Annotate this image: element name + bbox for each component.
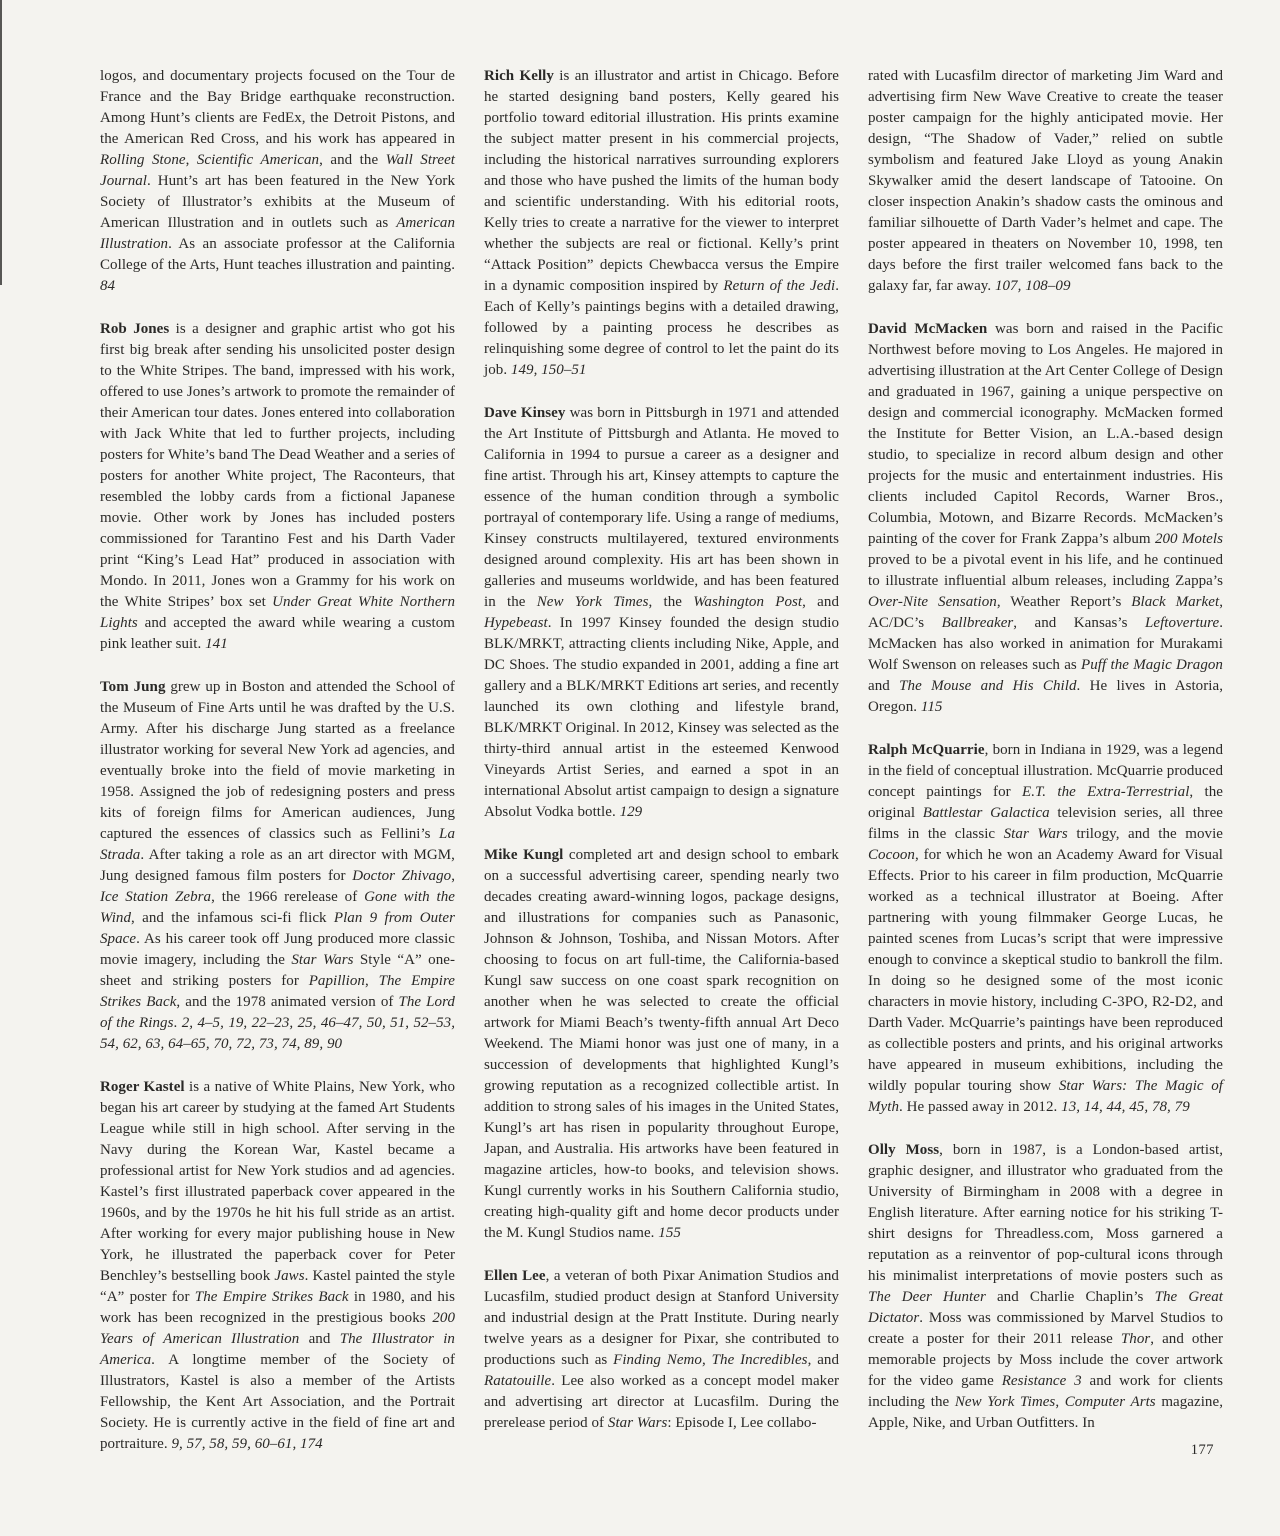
italic-text: Ice Station Zebra — [100, 889, 211, 905]
column-right: rated with Lucasfilm director of marketi… — [868, 66, 1223, 1455]
body-text: , and — [802, 594, 839, 610]
body-text: logos, and documentary projects focused … — [100, 68, 455, 147]
artist-name: Rob Jones — [100, 321, 169, 337]
italic-text: Return of the Jedi — [723, 278, 835, 294]
italic-text: Star Wars — [608, 1415, 668, 1431]
italic-text: Rolling Stone — [100, 152, 186, 168]
italic-text: 200 Motels — [1155, 531, 1223, 547]
body-text: and — [299, 1331, 339, 1347]
body-text: and Charlie Chaplin’s — [986, 1289, 1155, 1305]
bio-entry: logos, and documentary projects focused … — [100, 66, 455, 297]
artist-name: Tom Jung — [100, 679, 166, 695]
book-page: logos, and documentary projects focused … — [0, 0, 1280, 1536]
page-number: 177 — [1191, 1442, 1214, 1459]
italic-text: Ballbreaker — [942, 615, 1014, 631]
body-text: . — [173, 1015, 181, 1031]
body-text: is a designer and graphic artist who got… — [100, 321, 455, 610]
italic-text: Over-Nite Sensation — [868, 594, 997, 610]
body-text: : Episode I, Lee collabo- — [667, 1415, 816, 1431]
body-text: was born and raised in the Pacific North… — [868, 321, 1223, 547]
bio-entry: Olly Moss, born in 1987, is a London-bas… — [868, 1140, 1223, 1434]
body-text: grew up in Boston and attended the Schoo… — [100, 679, 455, 842]
body-text: , and the 1978 animated version of — [176, 994, 398, 1010]
italic-text: Battlestar Galactica — [923, 805, 1050, 821]
body-text: . In 1997 Kinsey founded the design stud… — [484, 615, 839, 820]
bio-entry: Rich Kelly is an illustrator and artist … — [484, 66, 839, 381]
column-middle: Rich Kelly is an illustrator and artist … — [484, 66, 839, 1455]
body-text: , Weather Report’s — [997, 594, 1131, 610]
italic-text: Papillion — [309, 973, 365, 989]
italic-text: Leftoverture — [1145, 615, 1219, 631]
italic-text: The Incredibles — [712, 1352, 808, 1368]
italic-text: 115 — [921, 699, 943, 715]
italic-text: New York Times — [955, 1394, 1055, 1410]
italic-text: E.T. the Extra-Terrestrial — [1022, 784, 1189, 800]
bio-entry: Tom Jung grew up in Boston and attended … — [100, 677, 455, 1055]
body-text: . He passed away in 2012. — [899, 1099, 1061, 1115]
artist-name: Olly Moss — [868, 1142, 939, 1158]
body-text: and — [868, 678, 899, 694]
body-text: , for which he won an Academy Award for … — [868, 847, 1223, 1094]
italic-text: Resistance 3 — [1002, 1373, 1082, 1389]
body-text: , the — [648, 594, 693, 610]
bio-entry: Ellen Lee, a veteran of both Pixar Anima… — [484, 1266, 839, 1434]
body-text: , — [702, 1352, 712, 1368]
italic-text: 149, 150–51 — [511, 362, 587, 378]
italic-text: The Mouse and His Child — [899, 678, 1076, 694]
column-left: logos, and documentary projects focused … — [100, 66, 455, 1455]
artist-name: Dave Kinsey — [484, 405, 565, 421]
body-text: , and — [808, 1352, 839, 1368]
body-text: completed art and design school to embar… — [484, 847, 839, 1241]
bio-entry: Roger Kastel is a native of White Plains… — [100, 1077, 455, 1455]
bio-entry: Dave Kinsey was born in Pittsburgh in 19… — [484, 403, 839, 823]
body-text: , the 1966 rerelease of — [211, 889, 364, 905]
bio-entry: Ralph McQuarrie, born in Indiana in 1929… — [868, 740, 1223, 1118]
italic-text: Star Wars — [291, 952, 353, 968]
italic-text: The Deer Hunter — [868, 1289, 986, 1305]
artist-name: David McMacken — [868, 321, 987, 337]
artist-name: Mike Kungl — [484, 847, 563, 863]
italic-text: 107, 108–09 — [995, 278, 1071, 294]
artist-name: Roger Kastel — [100, 1079, 185, 1095]
italic-text: 141 — [205, 636, 228, 652]
body-text: , born in 1987, is a London-based artist… — [868, 1142, 1223, 1284]
body-text: was born in Pittsburgh in 1971 and atten… — [484, 405, 839, 610]
bio-entry: rated with Lucasfilm director of marketi… — [868, 66, 1223, 297]
bio-entry: Mike Kungl completed art and design scho… — [484, 845, 839, 1244]
italic-text: Puff the Magic Dragon — [1081, 657, 1223, 673]
italic-text: Washington Post — [693, 594, 802, 610]
italic-text: The Empire Strikes Back — [195, 1289, 349, 1305]
italic-text: Jaws — [274, 1268, 304, 1284]
artist-name: Ellen Lee — [484, 1268, 546, 1284]
artist-name: Rich Kelly — [484, 68, 554, 84]
text-columns: logos, and documentary projects focused … — [100, 66, 1222, 1455]
italic-text: 84 — [100, 278, 115, 294]
body-text: , — [365, 973, 379, 989]
body-text: , — [186, 152, 197, 168]
italic-text: Scientific American — [197, 152, 319, 168]
body-text: trilogy, and the movie — [1068, 826, 1223, 842]
italic-text: Computer Arts — [1065, 1394, 1156, 1410]
body-text: , and the infamous sci-fi flick — [131, 910, 334, 926]
italic-text: 13, 14, 44, 45, 78, 79 — [1061, 1099, 1190, 1115]
italic-text: Doctor Zhivago — [352, 868, 451, 884]
body-text: is a native of White Plains, New York, w… — [100, 1079, 455, 1284]
italic-text: 129 — [620, 804, 643, 820]
body-text: , — [451, 868, 455, 884]
italic-text: Cocoon — [868, 847, 915, 863]
body-text: rated with Lucasfilm director of marketi… — [868, 68, 1223, 294]
scan-edge-artifact — [0, 0, 2, 285]
body-text: , and Kansas’s — [1013, 615, 1145, 631]
italic-text: Ratatouille — [484, 1373, 551, 1389]
italic-text: Black Market — [1131, 594, 1219, 610]
bio-entry: David McMacken was born and raised in th… — [868, 319, 1223, 718]
body-text: , and the — [319, 152, 386, 168]
italic-text: Star Wars — [1004, 826, 1068, 842]
italic-text: Hypebeast — [484, 615, 548, 631]
body-text: is an illustrator and artist in Chicago.… — [484, 68, 839, 294]
italic-text: Thor — [1121, 1331, 1150, 1347]
italic-text: 9, 57, 58, 59, 60–61, 174 — [171, 1436, 322, 1452]
artist-name: Ralph McQuarrie — [868, 742, 985, 758]
body-text: , — [1055, 1394, 1064, 1410]
italic-text: Finding Nemo — [613, 1352, 702, 1368]
bio-entry: Rob Jones is a designer and graphic arti… — [100, 319, 455, 655]
italic-text: 155 — [658, 1225, 681, 1241]
italic-text: New York Times — [537, 594, 649, 610]
body-text: proved to be a pivotal event in his life… — [868, 552, 1223, 589]
body-text: and accepted the award while wearing a c… — [100, 615, 455, 652]
